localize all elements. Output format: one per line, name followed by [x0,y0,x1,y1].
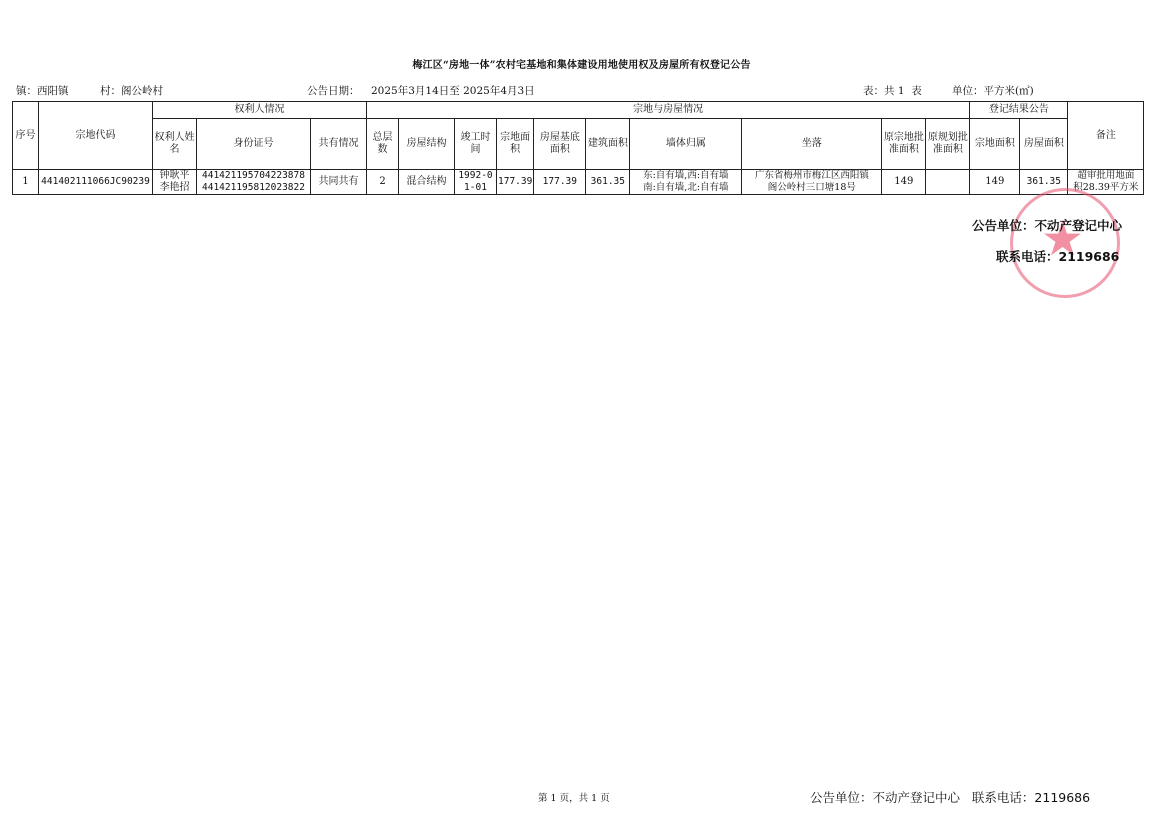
wall-line: 东:自有墙,西:自有墙 [631,170,740,182]
id-number: 441421195704223878 [198,170,309,182]
owner-name: 李艳招 [154,182,195,194]
header-result-land-area: 宗地面积 [970,119,1020,170]
signature-phone: 联系电话：2119686 [996,247,1119,265]
header-owner-name: 权利人姓名 [153,119,197,170]
header-orig-planned-area: 原规划批准面积 [926,119,970,170]
cell-house-base-area: 177.39 [534,170,586,195]
header-building-area: 建筑面积 [586,119,630,170]
date-label: 公告日期： [307,83,360,98]
page-number: 第 1 页，共 1 页 [538,790,610,804]
cell-id-numbers: 441421195704223878 441421195812023822 [197,170,311,195]
group-header-owner: 权利人情况 [153,102,367,119]
header-structure: 房屋结构 [399,119,455,170]
header-floors: 总层数 [367,119,399,170]
cell-completion-date: 1992-01-01 [455,170,497,195]
header-completion-date: 竣工时间 [455,119,497,170]
village-label: 村：阁公岭村 [100,83,163,98]
cell-floors: 2 [367,170,399,195]
cell-wall-ownership: 东:自有墙,西:自有墙 南:自有墙,北:自有墙 [630,170,742,195]
date-value: 2025年3月14日至 2025年4月3日 [371,83,535,98]
header-wall-ownership: 墙体归属 [630,119,742,170]
cell-building-area: 361.35 [586,170,630,195]
id-number: 441421195812023822 [198,182,309,194]
header-orig-approved-area: 原宗地批准面积 [882,119,926,170]
official-seal: ★ [1010,188,1120,298]
cell-result-land-area: 149 [970,170,1020,195]
header-result-house-area: 房屋面积 [1020,119,1068,170]
header-house-base-area: 房屋基底面积 [534,119,586,170]
cell-parcel-code: 441402111066JC90239 [39,170,153,195]
footer-unit-phone: 公告单位：不动产登记中心 联系电话：2119686 [810,788,1090,806]
header-id-number: 身份证号 [197,119,311,170]
town-label: 镇：西阳镇 [16,83,69,98]
group-header-result: 登记结果公告 [970,102,1068,119]
document-title: 梅江区“房地一体”农村宅基地和集体建设用地使用权及房屋所有权登记公告 [0,56,1163,71]
signature-unit: 公告单位：不动产登记中心 [972,216,1122,234]
cell-co-ownership: 共同共有 [311,170,367,195]
group-header-land-house: 宗地与房屋情况 [367,102,970,119]
table-row: 1 441402111066JC90239 钟耿平 李艳招 4414211957… [13,170,1144,195]
wall-line: 南:自有墙,北:自有墙 [631,182,740,194]
header-remarks: 备注 [1068,102,1144,170]
cell-orig-planned-area [926,170,970,195]
cell-structure: 混合结构 [399,170,455,195]
registration-table: 序号 宗地代码 权利人情况 宗地与房屋情况 登记结果公告 备注 权利人姓名 身份… [12,101,1144,195]
cell-location: 广东省梅州市梅江区西阳镇 阁公岭村三口塘18号 [742,170,882,195]
header-location: 坐落 [742,119,882,170]
header-seq: 序号 [13,102,39,170]
owner-name: 钟耿平 [154,170,195,182]
cell-owner-names: 钟耿平 李艳招 [153,170,197,195]
table-count: 表：共 1 表 [863,83,922,98]
remark-line: 超审批用地面 [1069,170,1142,182]
cell-orig-approved-area: 149 [882,170,926,195]
cell-seq: 1 [13,170,39,195]
header-parcel-code: 宗地代码 [39,102,153,170]
location-line: 广东省梅州市梅江区西阳镇 [743,170,880,182]
header-co-ownership: 共有情况 [311,119,367,170]
location-line: 阁公岭村三口塘18号 [743,182,880,194]
unit-label: 单位：平方米(㎡) [952,83,1034,98]
header-land-area: 宗地面积 [497,119,534,170]
cell-land-area: 177.39 [497,170,534,195]
